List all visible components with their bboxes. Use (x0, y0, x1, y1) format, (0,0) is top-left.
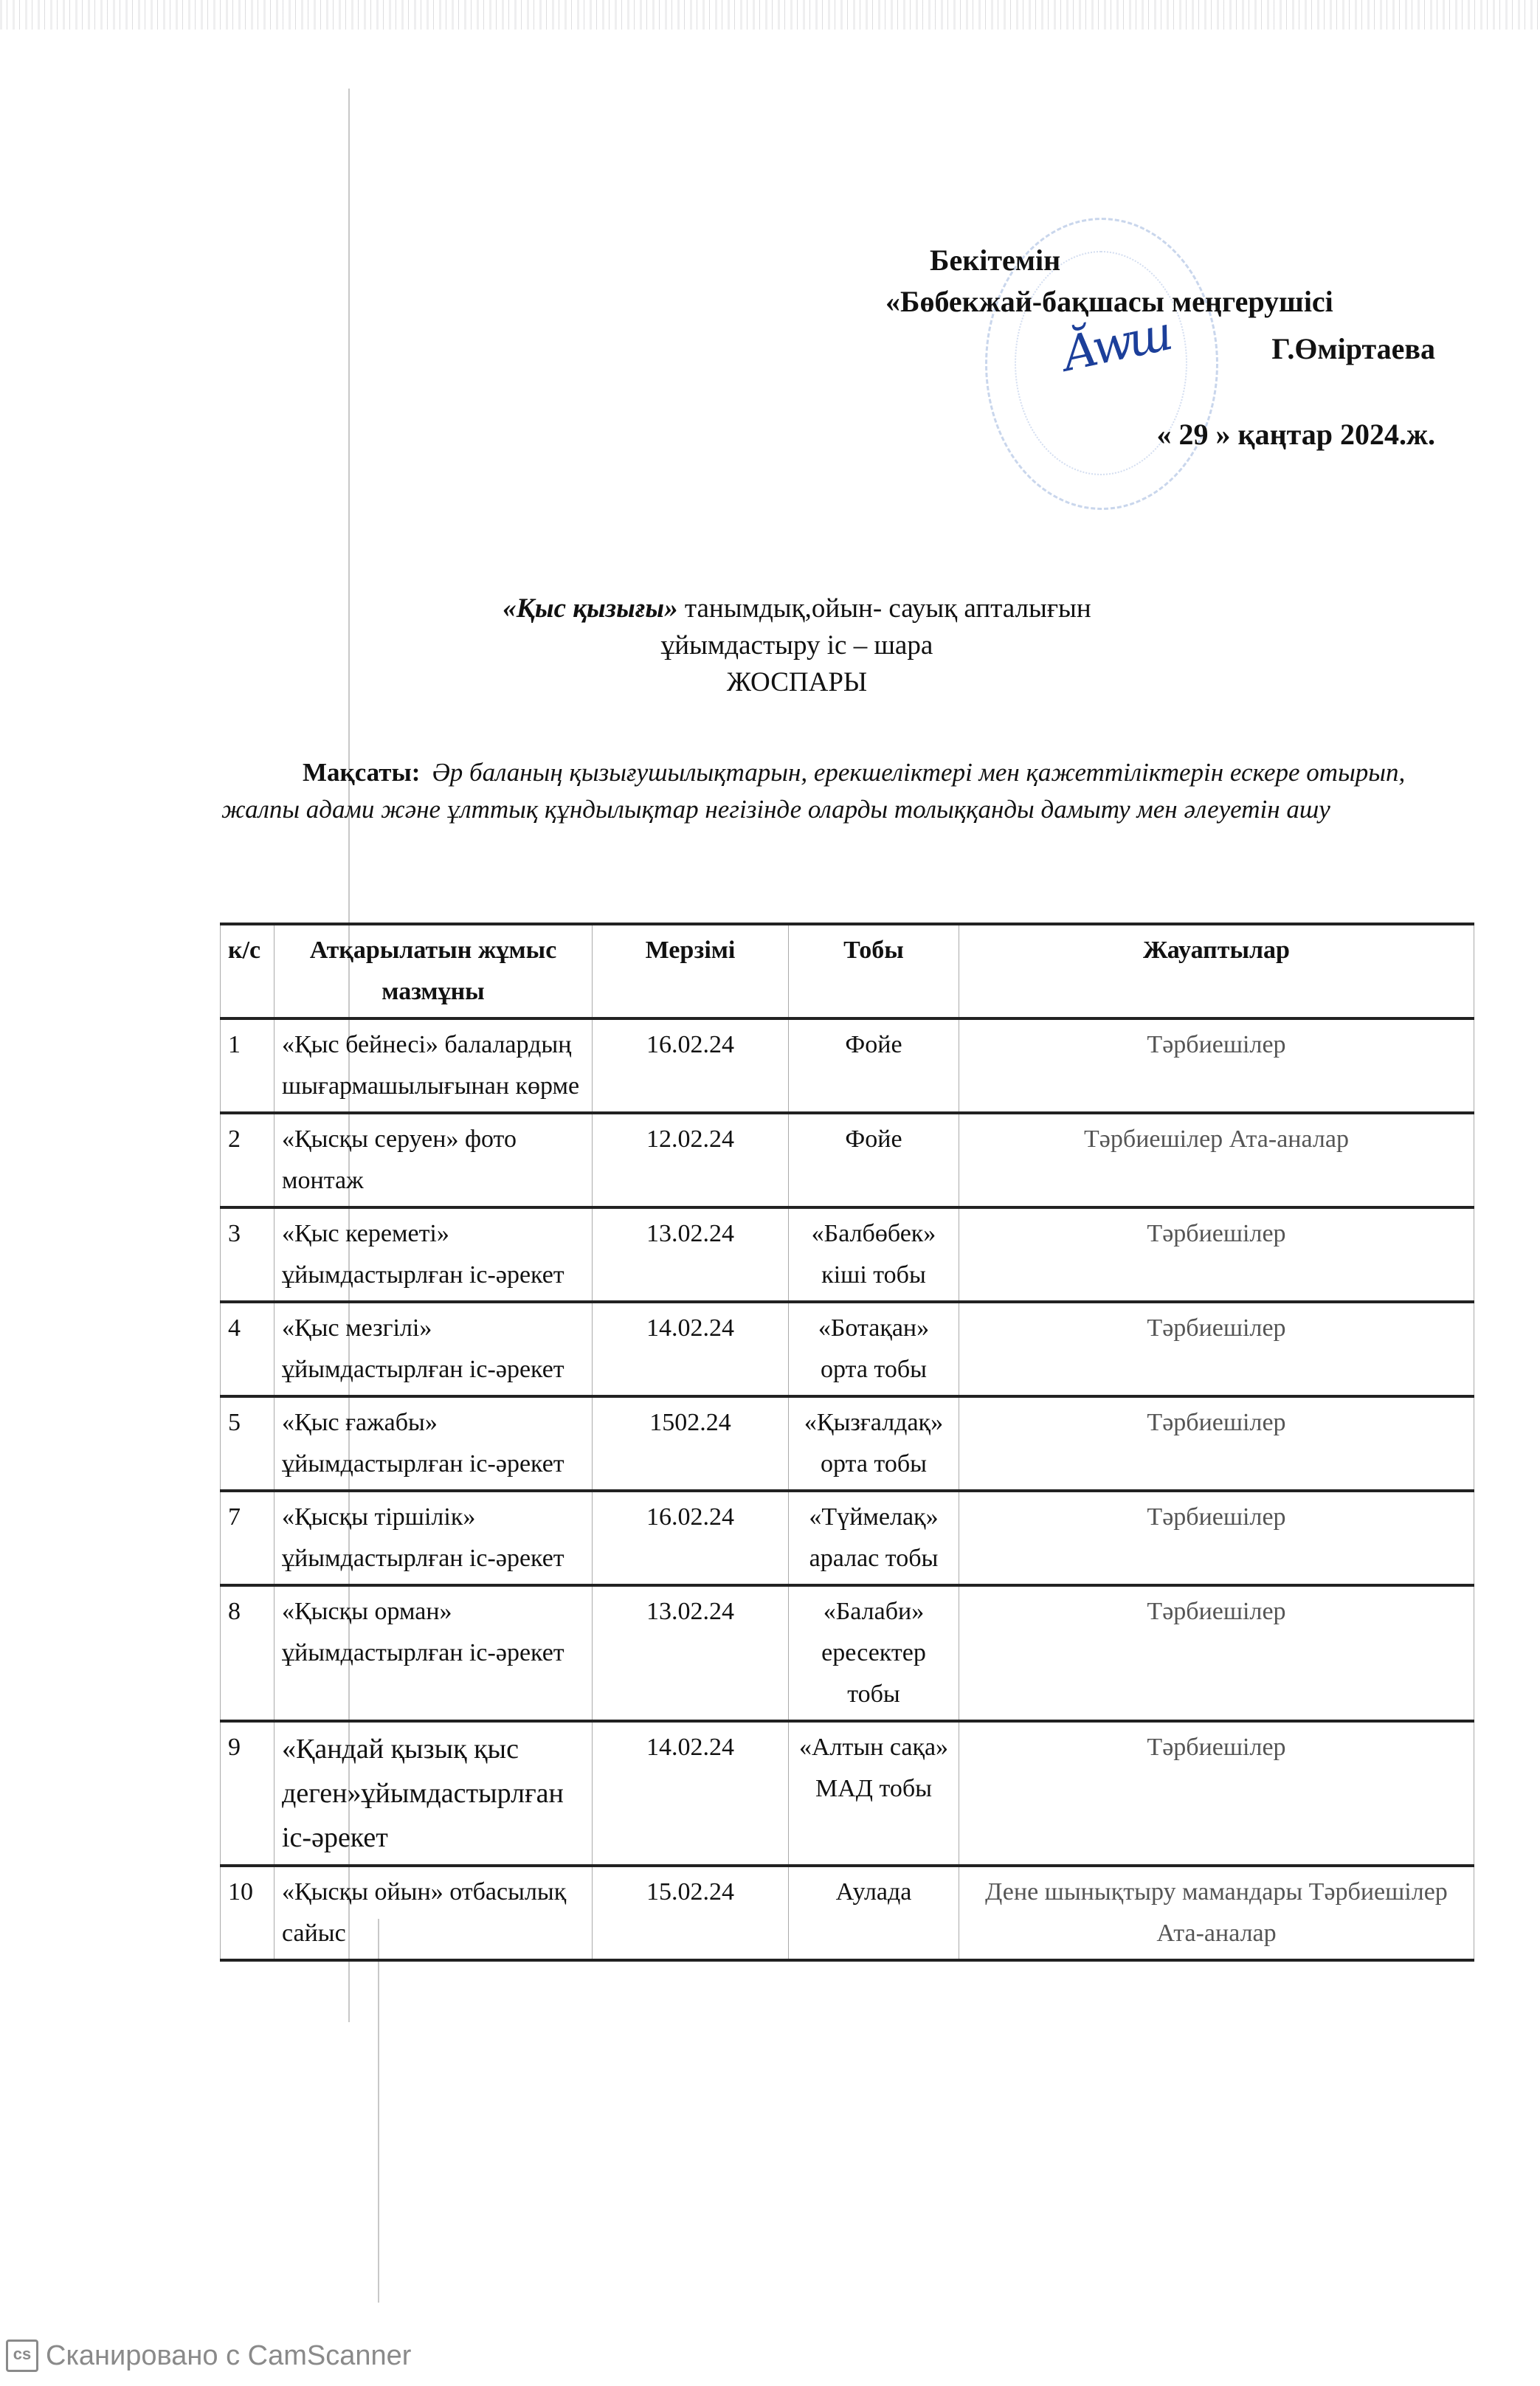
cell-work: «Қысқы ойын» отбасылық сайыс (274, 1866, 593, 1960)
cell-date: 1502.24 (593, 1396, 789, 1491)
cell-responsible: Тәрбиешілер (959, 1396, 1474, 1491)
title-accent: «Қыс қызығы» (503, 593, 677, 624)
table-row: 9«Қандай қызық қыс деген»ұйымдастырлған … (221, 1721, 1474, 1866)
cell-date: 14.02.24 (593, 1302, 789, 1396)
cell-group: «Алтын сақа» МАД тобы (789, 1721, 959, 1866)
header-date: Мерзімі (593, 924, 789, 1018)
table-header-row: к/с Атқарылатын жұмыс мазмұны Мерзімі То… (221, 924, 1474, 1018)
cell-responsible: Дене шынықтыру мамандары Тәрбиешілер Ата… (959, 1866, 1474, 1960)
camscanner-icon: cs (6, 2340, 38, 2372)
approval-heading: Бекітемін (885, 240, 1446, 281)
cell-responsible: Тәрбиешілер (959, 1491, 1474, 1585)
cell-work: «Қыс ғажабы» ұйымдастырлған іс-әрекет (274, 1396, 593, 1491)
approval-position: «Бөбекжай-бақшасы меңгерушісі (885, 281, 1446, 323)
cell-responsible: Тәрбиешілер (959, 1207, 1474, 1302)
cell-work: «Қандай қызық қыс деген»ұйымдастырлған і… (274, 1721, 593, 1866)
cell-responsible: Тәрбиешілер (959, 1585, 1474, 1721)
cell-group: «Қызғалдақ» орта тобы (789, 1396, 959, 1491)
table-row: 5«Қыс ғажабы» ұйымдастырлған іс-әрекет15… (221, 1396, 1474, 1491)
cell-date: 14.02.24 (593, 1721, 789, 1866)
title-line1: танымдық,ойын- сауық апталығын (678, 593, 1091, 624)
table-row: 1«Қыс бейнесі» балалардың шығармашылығын… (221, 1018, 1474, 1113)
cell-number: 7 (221, 1491, 274, 1585)
table-row: 3«Қыс кереметі» ұйымдастырлған іс-әрекет… (221, 1207, 1474, 1302)
header-responsible: Жауаптылар (959, 924, 1474, 1018)
plan-table: к/с Атқарылатын жұмыс мазмұны Мерзімі То… (220, 923, 1474, 1962)
cell-number: 5 (221, 1396, 274, 1491)
header-number: к/с (221, 924, 274, 1018)
cell-work: «Қысқы тіршілік» ұйымдастырлған іс-әреке… (274, 1491, 593, 1585)
cell-work: «Қысқы орман» ұйымдастырлған іс-әрекет (274, 1585, 593, 1721)
table-row: 7«Қысқы тіршілік» ұйымдастырлған іс-әрек… (221, 1491, 1474, 1585)
cell-number: 4 (221, 1302, 274, 1396)
cell-number: 10 (221, 1866, 274, 1960)
cell-work: «Қыс кереметі» ұйымдастырлған іс-әрекет (274, 1207, 593, 1302)
title-line2: ұйымдастыру іс – шара (280, 627, 1313, 664)
cell-group: «Балбөбек» кіші тобы (789, 1207, 959, 1302)
document-title: «Қыс қызығы» танымдық,ойын- сауық апталы… (280, 590, 1313, 701)
cell-date: 16.02.24 (593, 1018, 789, 1113)
cell-date: 15.02.24 (593, 1866, 789, 1960)
cell-date: 12.02.24 (593, 1113, 789, 1207)
cell-responsible: Тәрбиешілер (959, 1018, 1474, 1113)
cell-group: «Түймелақ» аралас тобы (789, 1491, 959, 1585)
fold-line-mid (378, 1919, 379, 2303)
cell-responsible: Тәрбиешілер (959, 1302, 1474, 1396)
table-row: 8«Қысқы орман» ұйымдастырлған іс-әрекет1… (221, 1585, 1474, 1721)
cell-group: Фойе (789, 1018, 959, 1113)
approval-date: « 29 » қаңтар 2024.ж. (885, 414, 1446, 455)
cell-number: 2 (221, 1113, 274, 1207)
title-line3: ЖОСПАРЫ (280, 664, 1313, 701)
camscanner-watermark: cs Сканировано с CamScanner (6, 2340, 411, 2372)
cell-work: «Қыс бейнесі» балалардың шығармашылығына… (274, 1018, 593, 1113)
cell-number: 1 (221, 1018, 274, 1113)
table-row: 2«Қысқы серуен» фото монтаж12.02.24ФойеТ… (221, 1113, 1474, 1207)
header-group: Тобы (789, 924, 959, 1018)
cell-date: 13.02.24 (593, 1585, 789, 1721)
goal-paragraph: Мақсаты:Әр баланың қызығушылықтарын, ере… (221, 754, 1439, 828)
cell-group: «Ботақан» орта тобы (789, 1302, 959, 1396)
table-row: 4«Қыс мезгілі» ұйымдастырлған іс-әрекет1… (221, 1302, 1474, 1396)
cell-responsible: Тәрбиешілер Ата-аналар (959, 1113, 1474, 1207)
goal-label: Мақсаты: (303, 758, 420, 787)
watermark-text: Сканировано с CamScanner (46, 2340, 411, 2372)
cell-number: 9 (221, 1721, 274, 1866)
cell-group: Аулада (789, 1866, 959, 1960)
table-row: 10«Қысқы ойын» отбасылық сайыс15.02.24Ау… (221, 1866, 1474, 1960)
header-work: Атқарылатын жұмыс мазмұны (274, 924, 593, 1018)
cell-group: Фойе (789, 1113, 959, 1207)
cell-work: «Қыс мезгілі» ұйымдастырлған іс-әрекет (274, 1302, 593, 1396)
cell-work: «Қысқы серуен» фото монтаж (274, 1113, 593, 1207)
cell-date: 16.02.24 (593, 1491, 789, 1585)
cell-responsible: Тәрбиешілер (959, 1721, 1474, 1866)
cell-date: 13.02.24 (593, 1207, 789, 1302)
cell-group: «Балаби» ересектер тобы (789, 1585, 959, 1721)
cell-number: 3 (221, 1207, 274, 1302)
scan-edge-noise (0, 0, 1540, 30)
cell-number: 8 (221, 1585, 274, 1721)
